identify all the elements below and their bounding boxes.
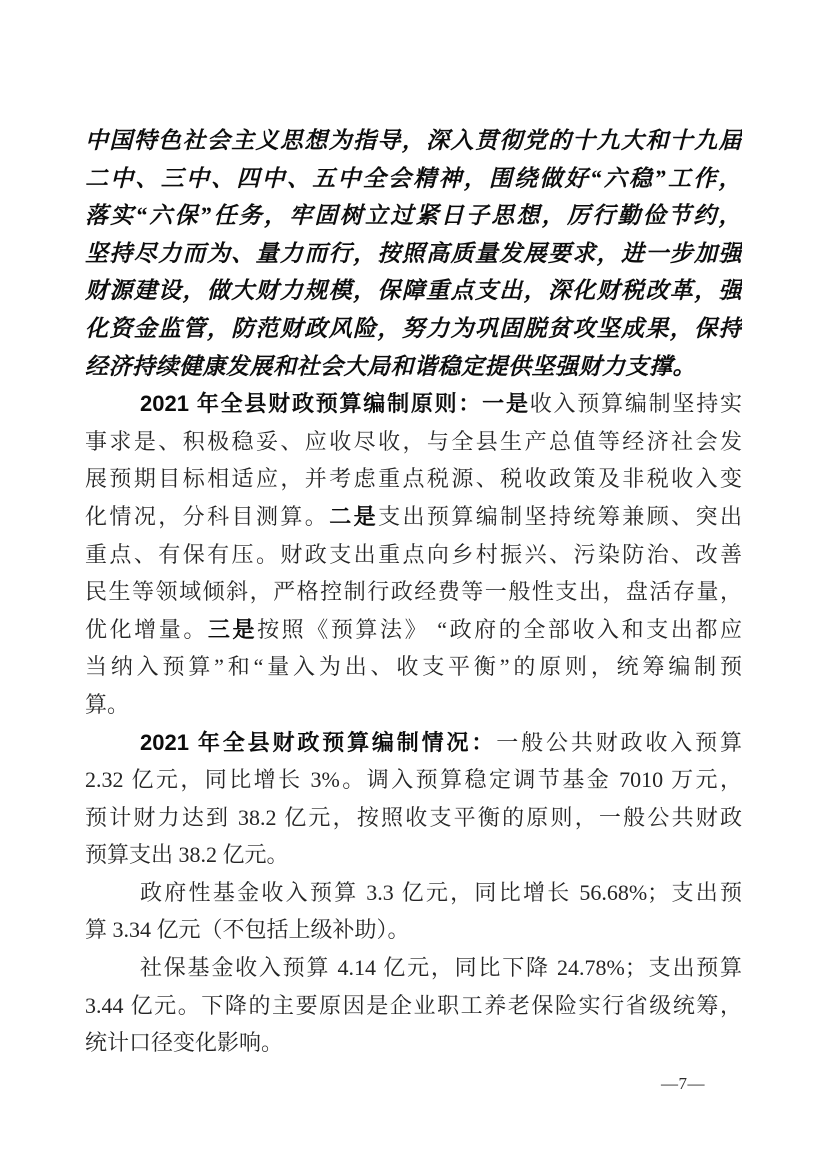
- emphasis-run: 三是: [208, 617, 257, 642]
- text-line: 落实“六保”任务，牢固树立过紧日子思想，厉行勤俭节约，: [85, 197, 742, 235]
- text-run: 收入预算编制坚持实: [530, 391, 742, 416]
- text-run: 事求是、积极稳妥、应收尽收，与全县生产总值等经济社会发: [85, 429, 742, 454]
- text-line: 民生等领域倾斜，严格控制行政经费等一般性支出，盘活存量，: [85, 573, 742, 611]
- text-run: 支出预算编制坚持统筹兼顾、突出: [378, 504, 742, 529]
- text-run: 一般公共财政收入预算: [496, 730, 742, 755]
- text-run: 落实“六保”任务，牢固树立过紧日子思想，厉行勤俭节约，: [85, 203, 742, 228]
- text-run: 当纳入预算”和“量入为出、收支平衡”的原则，统筹编制预: [85, 654, 742, 679]
- text-run: 展预期目标相适应，并考虑重点税源、税收政策及非税收入变: [85, 466, 742, 491]
- text-run: 财源建设，做大财力规模，保障重点支出，深化财税改革，强: [85, 278, 742, 303]
- text-run: 社保基金收入预算 4.14 亿元，同比下降 24.78%；支出预算: [140, 955, 742, 980]
- text-run: 二中、三中、四中、五中全会精神，围绕做好“六稳”工作，: [85, 166, 742, 191]
- document-page: 中国特色社会主义思想为指导，深入贯彻党的十九大和十九届二中、三中、四中、五中全会…: [0, 0, 827, 1169]
- text-line: 统计口径变化影响。: [85, 1024, 742, 1062]
- paragraph-budget-overview: 2021 年全县财政预算编制情况：一般公共财政收入预算2.32 亿元，同比增长 …: [85, 724, 742, 874]
- page-number: —7—: [661, 1074, 705, 1094]
- text-run: 算 3.34 亿元（不包括上级补助）。: [85, 917, 410, 942]
- text-line: 中国特色社会主义思想为指导，深入贯彻党的十九大和十九届: [85, 122, 742, 160]
- text-line: 化资金监管，防范财政风险，努力为巩固脱贫攻坚成果，保持: [85, 310, 742, 348]
- text-run: 经济持续健康发展和社会大局和谐稳定提供坚强财力支撑。: [85, 354, 696, 379]
- text-run: 化资金监管，防范财政风险，努力为巩固脱贫攻坚成果，保持: [85, 316, 742, 341]
- text-line: 政府性基金收入预算 3.3 亿元，同比增长 56.68%；支出预: [85, 874, 742, 912]
- text-line: 2021 年全县财政预算编制情况：一般公共财政收入预算: [85, 724, 742, 762]
- text-run: 政府性基金收入预算 3.3 亿元，同比增长 56.68%；支出预: [140, 880, 742, 905]
- text-line: 财源建设，做大财力规模，保障重点支出，深化财税改革，强: [85, 272, 742, 310]
- emphasis-run: 二是: [329, 504, 378, 529]
- text-run: 化情况，分科目测算。: [85, 504, 329, 529]
- text-run: 重点、有保有压。财政支出重点向乡村振兴、污染防治、改善: [85, 542, 742, 567]
- paragraph-government-funds: 政府性基金收入预算 3.3 亿元，同比增长 56.68%；支出预算 3.34 亿…: [85, 874, 742, 949]
- text-line: 经济持续健康发展和社会大局和谐稳定提供坚强财力支撑。: [85, 348, 742, 386]
- text-run: 民生等领域倾斜，严格控制行政经费等一般性支出，盘活存量，: [85, 579, 742, 604]
- text-line: 坚持尽力而为、量力而行，按照高质量发展要求，进一步加强: [85, 235, 742, 273]
- text-line: 算。: [85, 686, 742, 724]
- document-text: 中国特色社会主义思想为指导，深入贯彻党的十九大和十九届二中、三中、四中、五中全会…: [85, 122, 742, 1062]
- text-run: 预计财力达到 38.2 亿元，按照收支平衡的原则，一般公共财政: [85, 805, 742, 830]
- emphasis-run: 2021 年全县财政预算编制原则：一是: [140, 391, 530, 416]
- text-line: 展预期目标相适应，并考虑重点税源、税收政策及非税收入变: [85, 460, 742, 498]
- emphasis-run: 2021 年全县财政预算编制情况：: [140, 730, 496, 755]
- text-line: 3.44 亿元。下降的主要原因是企业职工养老保险实行省级统筹，: [85, 987, 742, 1025]
- text-line: 社保基金收入预算 4.14 亿元，同比下降 24.78%；支出预算: [85, 949, 742, 987]
- text-run: 中国特色社会主义思想为指导，深入贯彻党的十九大和十九届: [85, 128, 742, 153]
- text-run: 预算支出 38.2 亿元。: [85, 842, 289, 867]
- text-line: 2.32 亿元，同比增长 3%。调入预算稳定调节基金 7010 万元，: [85, 761, 742, 799]
- paragraph-budget-principles: 2021 年全县财政预算编制原则：一是收入预算编制坚持实事求是、积极稳妥、应收尽…: [85, 385, 742, 723]
- text-line: 当纳入预算”和“量入为出、收支平衡”的原则，统筹编制预: [85, 648, 742, 686]
- text-line: 化情况，分科目测算。二是支出预算编制坚持统筹兼顾、突出: [85, 498, 742, 536]
- text-run: 2.32 亿元，同比增长 3%。调入预算稳定调节基金 7010 万元，: [85, 767, 742, 792]
- text-run: 坚持尽力而为、量力而行，按照高质量发展要求，进一步加强: [85, 241, 742, 266]
- text-run: 统计口径变化影响。: [85, 1030, 283, 1055]
- paragraph-social-security-funds: 社保基金收入预算 4.14 亿元，同比下降 24.78%；支出预算3.44 亿元…: [85, 949, 742, 1062]
- text-line: 算 3.34 亿元（不包括上级补助）。: [85, 911, 742, 949]
- text-line: 2021 年全县财政预算编制原则：一是收入预算编制坚持实: [85, 385, 742, 423]
- text-line: 预计财力达到 38.2 亿元，按照收支平衡的原则，一般公共财政: [85, 799, 742, 837]
- text-run: 优化增量。: [85, 617, 208, 642]
- text-line: 优化增量。三是按照《预算法》 “政府的全部收入和支出都应: [85, 611, 742, 649]
- text-run: 算。: [85, 692, 129, 717]
- text-run: 3.44 亿元。下降的主要原因是企业职工养老保险实行省级统筹，: [85, 993, 742, 1018]
- text-run: 按照《预算法》 “政府的全部收入和支出都应: [257, 617, 742, 642]
- text-line: 重点、有保有压。财政支出重点向乡村振兴、污染防治、改善: [85, 536, 742, 574]
- paragraph-opening-continuation: 中国特色社会主义思想为指导，深入贯彻党的十九大和十九届二中、三中、四中、五中全会…: [85, 122, 742, 385]
- text-line: 事求是、积极稳妥、应收尽收，与全县生产总值等经济社会发: [85, 423, 742, 461]
- text-line: 二中、三中、四中、五中全会精神，围绕做好“六稳”工作，: [85, 160, 742, 198]
- text-line: 预算支出 38.2 亿元。: [85, 836, 742, 874]
